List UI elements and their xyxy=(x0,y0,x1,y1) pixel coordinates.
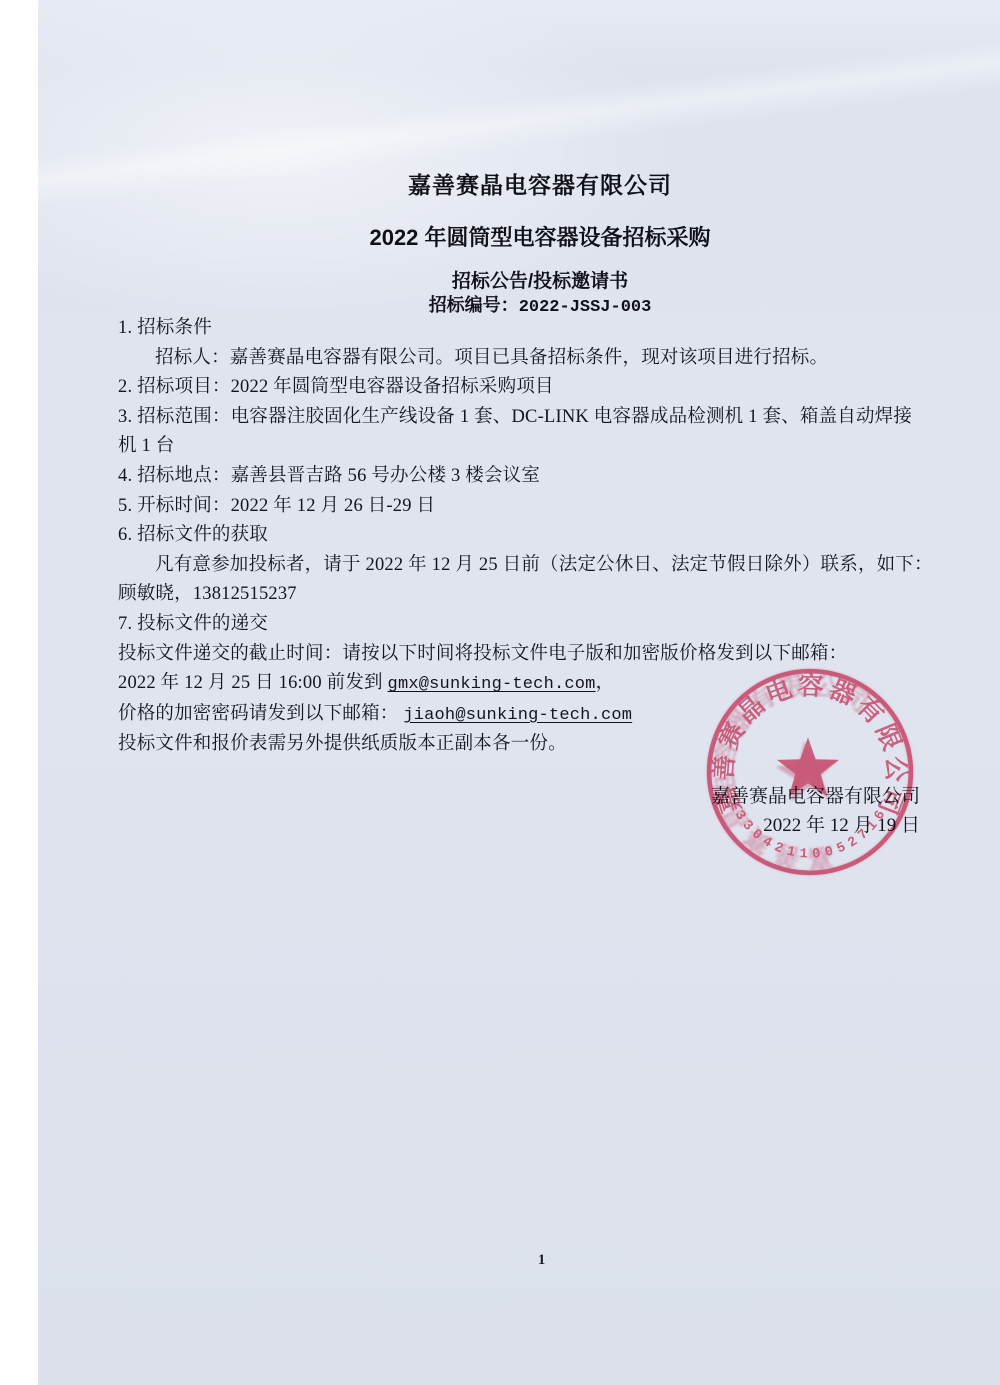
tender-number-label: 招标编号： xyxy=(429,295,519,315)
doc-type-heading: 招标公告/投标邀请书 xyxy=(118,271,962,293)
item-6-contact: 顾敏晓，13812515237 xyxy=(118,580,966,610)
signature-company: 嘉善赛晶电容器有限公司 xyxy=(711,783,920,812)
company-title: 嘉善赛晶电容器有限公司 xyxy=(118,172,962,198)
item-7-heading: 7. 投标文件的递交 xyxy=(118,610,966,640)
email-1-suffix: ， xyxy=(596,673,615,693)
item-3-tender-scope-line-2: 机 1 台 xyxy=(118,432,966,462)
item-4-tender-location: 4. 招标地点：嘉善县晋吉路 56 号办公楼 3 楼会议室 xyxy=(118,462,966,492)
item-7-paper-copy-note: 投标文件和报价表需另外提供纸质版本正副本各一份。 xyxy=(118,730,966,760)
project-title: 2022 年圆筒型电容器设备招标采购 xyxy=(118,225,962,250)
signature-block: 嘉善赛晶电容器有限公司 2022 年 12 月 19 日 xyxy=(711,783,920,840)
email-2-prefix: 价格的加密密码请发到以下邮箱： xyxy=(118,704,403,724)
item-7-email-line-2: 价格的加密密码请发到以下邮箱： jiaoh@sunking-tech.com xyxy=(118,700,966,731)
email-address-1: gmx@sunking-tech.com xyxy=(388,675,596,694)
email-address-2: jiaoh@sunking-tech.com xyxy=(403,706,632,725)
item-7-email-line-1: 2022 年 12 月 25 日 16:00 前发到 gmx@sunking-t… xyxy=(118,669,966,700)
item-7-deadline-text: 投标文件递交的截止时间：请按以下时间将投标文件电子版和加密版价格发到以下邮箱： xyxy=(118,640,966,670)
email-1-prefix: 2022 年 12 月 25 日 16:00 前发到 xyxy=(118,673,388,693)
item-2-tender-project: 2. 招标项目：2022 年圆筒型电容器设备招标采购项目 xyxy=(118,373,966,403)
item-1-heading: 1. 招标条件 xyxy=(118,314,966,344)
item-6-text: 凡有意参加投标者，请于 2022 年 12 月 25 日前（法定公休日、法定节假… xyxy=(118,551,966,581)
scanned-tender-document: { "colors": { "paper": "#dfe4ee", "stamp… xyxy=(0,0,1000,1385)
page-number: 1 xyxy=(538,1252,545,1269)
item-6-heading: 6. 招标文件的获取 xyxy=(118,521,966,551)
document-body: 1. 招标条件 招标人：嘉善赛晶电容器有限公司。项目已具备招标条件，现对该项目进… xyxy=(118,314,966,760)
document-header: 嘉善赛晶电容器有限公司 2022 年圆筒型电容器设备招标采购 招标公告/投标邀请… xyxy=(118,172,962,318)
signature-date: 2022 年 12 月 19 日 xyxy=(711,812,920,841)
item-3-tender-scope-line-1: 3. 招标范围：电容器注胶固化生产线设备 1 套、DC-LINK 电容器成品检测… xyxy=(118,403,966,433)
item-5-opening-time: 5. 开标时间：2022 年 12 月 26 日-29 日 xyxy=(118,492,966,522)
item-1-text: 招标人：嘉善赛晶电容器有限公司。项目已具备招标条件，现对该项目进行招标。 xyxy=(118,344,966,374)
